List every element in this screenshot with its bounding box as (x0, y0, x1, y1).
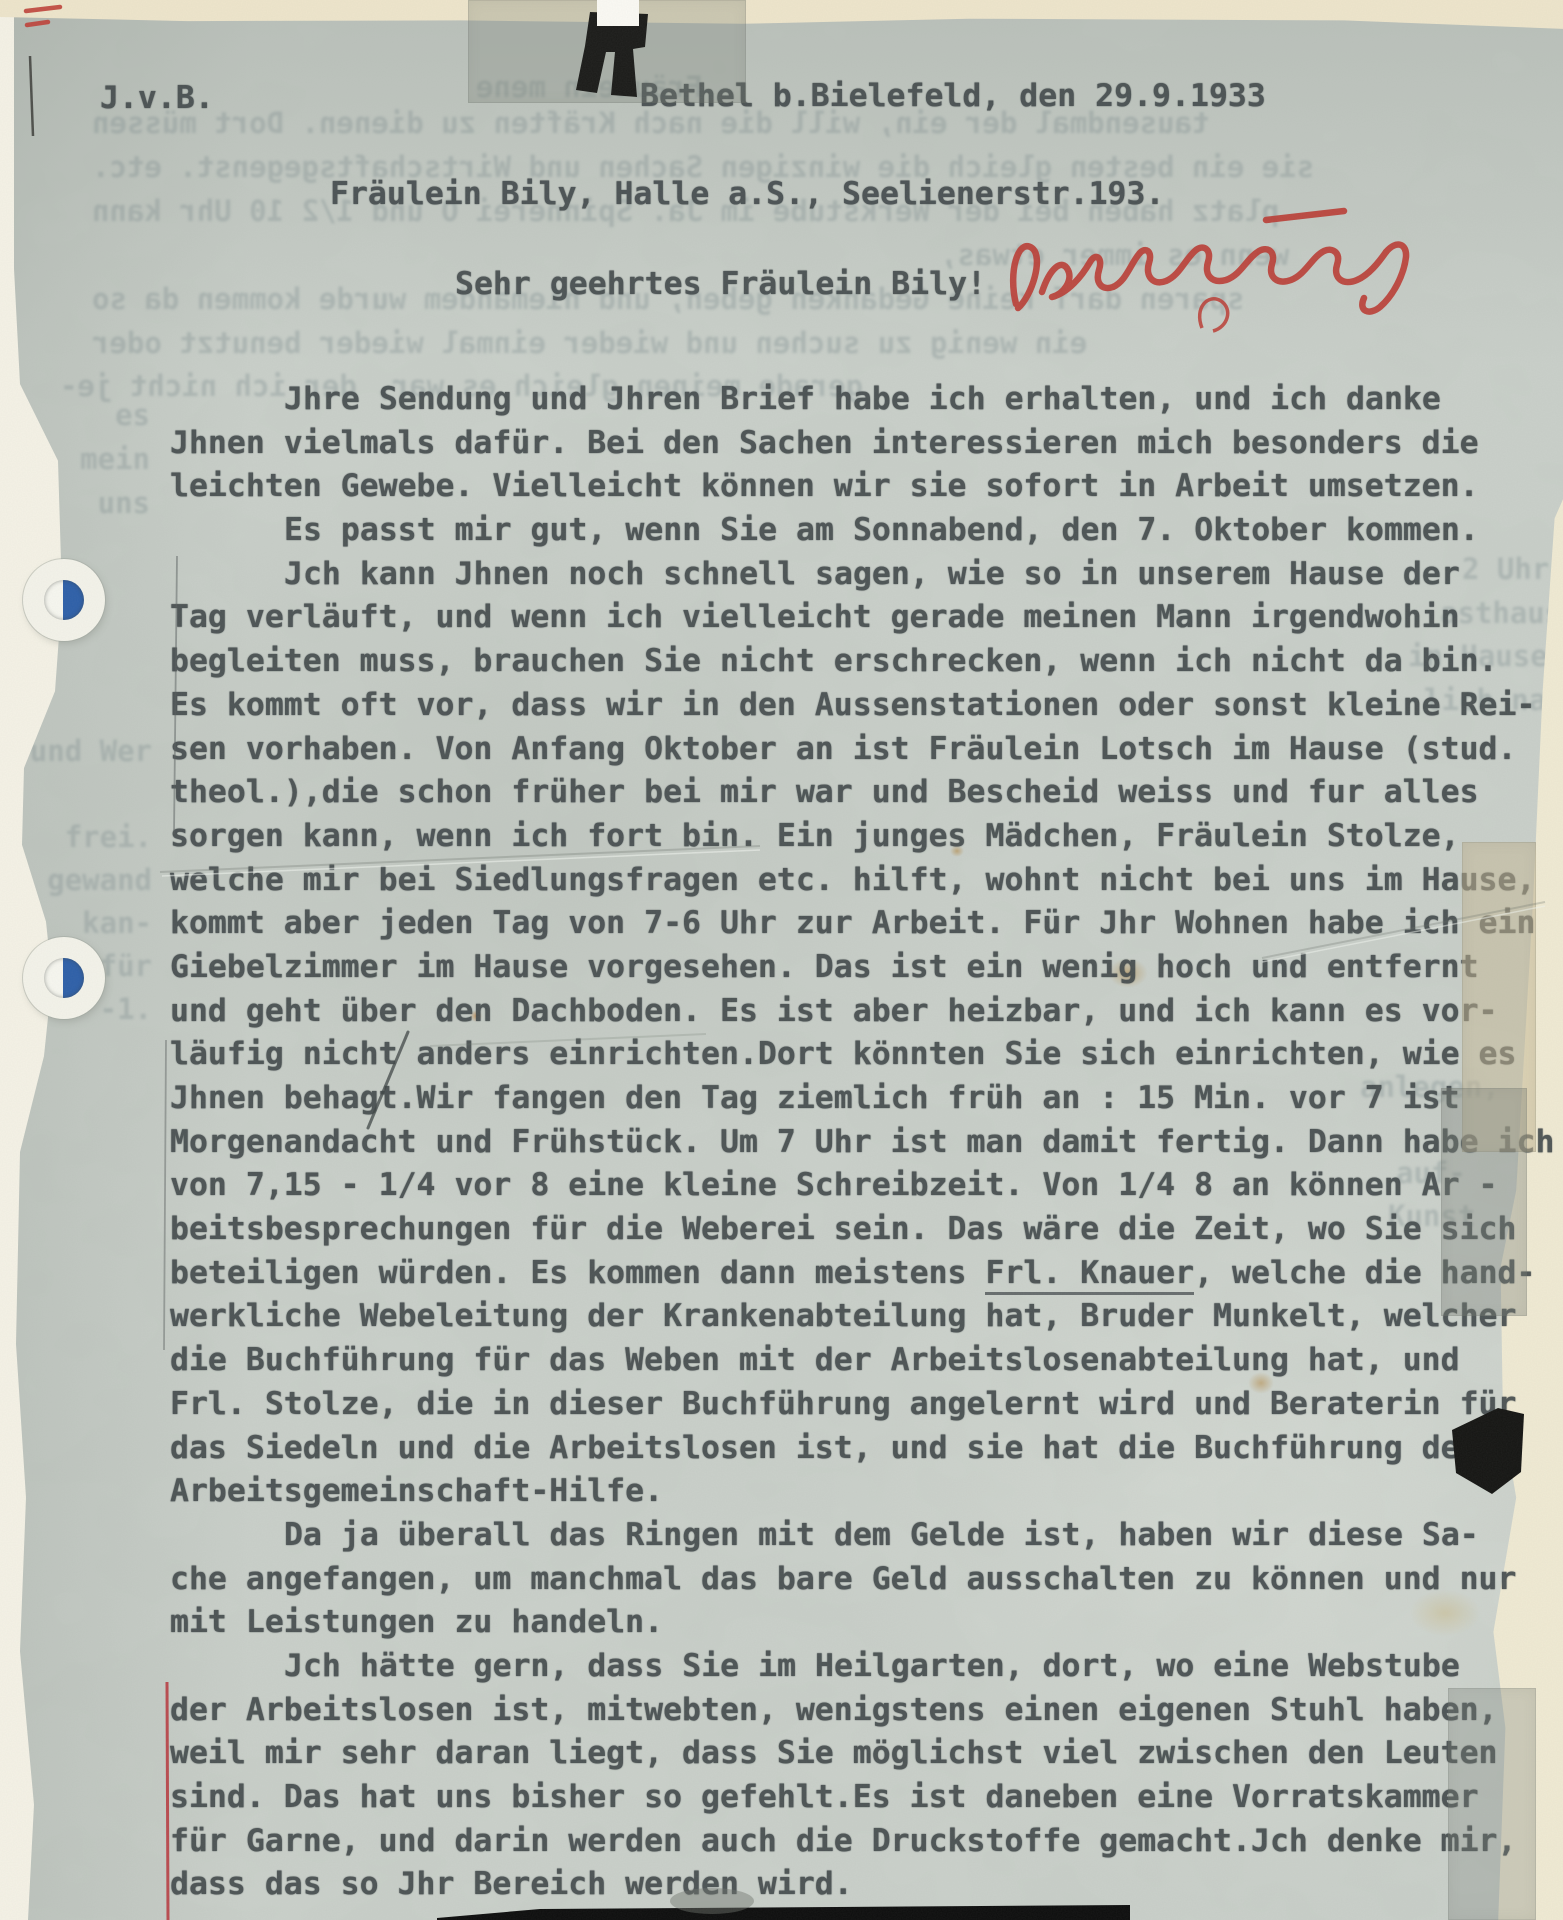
letter-line: dass das so Jhr Bereich werden wird. (170, 1863, 1554, 1907)
letter-scan: Fräulein mene tausendmal der ein, will d… (0, 0, 1563, 1920)
letter-line: und geht über den Dachboden. Es ist aber… (170, 990, 1554, 1034)
red-pen-hook (1200, 299, 1228, 331)
letter-line: der Arbeitslosen ist, mitwebten, wenigst… (170, 1689, 1554, 1733)
bleedthrough-text: uns (0, 486, 150, 520)
letter-line: Giebelzimmer im Hause vorgesehen. Das is… (170, 946, 1554, 990)
letter-line: beteiligen würden. Es kommen dann meiste… (170, 1252, 1554, 1296)
bleedthrough-text: und Wer (0, 734, 152, 768)
letter-line: von 7,15 - 1/4 vor 8 eine kleine Schreib… (170, 1164, 1554, 1208)
letter-line: theol.),die schon früher bei mir war und… (170, 771, 1554, 815)
dateline: Bethel b.Bielefeld, den 29.9.1933 (640, 78, 1266, 114)
letter-line: Tag verläuft, und wenn ich vielleicht ge… (170, 596, 1554, 640)
letter-line: beitsbesprechungen für die Weberei sein.… (170, 1208, 1554, 1252)
red-margin-line (167, 1682, 168, 1920)
bleedthrough-text: kan- (0, 906, 152, 940)
letter-line-segment: beteiligen würden. Es kommen dann meiste… (170, 1255, 985, 1291)
letter-line: begleiten muss, brauchen Sie nicht ersch… (170, 640, 1554, 684)
letter-body: Jhre Sendung und Jhren Brief habe ich er… (170, 378, 1554, 1907)
bleedthrough-text: es (0, 398, 150, 432)
letter-line: sen vorhaben. Von Anfang Oktober an ist … (170, 728, 1554, 772)
letter-line: läufig nicht anders einrichten.Dort könn… (170, 1033, 1554, 1077)
letter-line: Jhnen behagt.Wir fangen den Tag ziemlich… (170, 1077, 1554, 1121)
letter-line: Jhre Sendung und Jhren Brief habe ich er… (170, 378, 1554, 422)
letter-line: werkliche Webeleitung der Krankenabteilu… (170, 1295, 1554, 1339)
bleedthrough-text: wenn es immer etwas, (940, 238, 1289, 272)
letter-line: Jhnen vielmals dafür. Bei den Sachen int… (170, 422, 1554, 466)
letter-line: kommt aber jeden Tag von 7-6 Uhr zur Arb… (170, 902, 1554, 946)
letter-line: Es passt mir gut, wenn Sie am Sonnabend,… (170, 509, 1554, 553)
letter-line: weil mir sehr daran liegt, dass Sie mögl… (170, 1732, 1554, 1776)
letter-line: Es kommt oft vor, dass wir in den Aussen… (170, 684, 1554, 728)
handwritten-annotation (1013, 211, 1406, 312)
letter-line: Frl. Stolze, die in dieser Buchführung a… (170, 1383, 1554, 1427)
letter-line: Morgenandacht und Frühstück. Um 7 Uhr is… (170, 1121, 1554, 1165)
bleedthrough-text: frei. (0, 820, 152, 854)
letter-line: Da ja überall das Ringen mit dem Gelde i… (170, 1514, 1554, 1558)
letter-line: Jch kann Jhnen noch schnell sagen, wie s… (170, 553, 1554, 597)
red-corner-marks (26, 7, 60, 25)
salutation: Sehr geehrtes Fräulein Bily! (455, 266, 986, 302)
bleedthrough-text: ein wenig zu suchen und wieder einmal wi… (92, 326, 1087, 360)
black-redaction-bar (437, 1905, 1130, 1920)
tape-gap-highlight (597, 0, 639, 26)
letter-line: sind. Das hat uns bisher so gefehlt.Es i… (170, 1776, 1554, 1820)
letter-line: leichten Gewebe. Vielleicht können wir s… (170, 465, 1554, 509)
letter-line: Arbeitsgemeinschaft-Hilfe. (170, 1470, 1554, 1514)
letter-line: die Buchführung für das Weben mit der Ar… (170, 1339, 1554, 1383)
letter-line: Jch hätte gern, dass Sie im Heilgarten, … (170, 1645, 1554, 1689)
punch-hole-opening (44, 958, 84, 998)
letter-line: sorgen kann, wenn ich fort bin. Ein jung… (170, 815, 1554, 859)
letter-line: che angefangen, um manchmal das bare Gel… (170, 1558, 1554, 1602)
bleedthrough-text: mein (0, 442, 150, 476)
letter-line: welche mir bei Siedlungsfragen etc. hilf… (170, 859, 1554, 903)
letter-line-segment: , welche die hand- (1194, 1255, 1535, 1291)
letter-line: mit Leistungen zu handeln. (170, 1601, 1554, 1645)
pen-mark-left-edge (30, 56, 33, 136)
black-paper-fragment-top (576, 12, 648, 97)
paper-edge-top (0, 0, 1563, 34)
punch-hole-top (23, 559, 105, 641)
punch-hole-bottom (23, 937, 105, 1019)
letter-line: für Garne, und darin werden auch die Dru… (170, 1820, 1554, 1864)
sender-initials: J.v.B. (100, 80, 214, 116)
letter-line: das Siedeln und die Arbeitslosen ist, un… (170, 1427, 1554, 1471)
pencil-margin-line-2 (164, 1040, 166, 1350)
bleedthrough-text: gewand (0, 863, 152, 897)
address-line: Fräulein Bily, Halle a.S., Seelienerstr.… (330, 176, 1164, 212)
punch-hole-opening (44, 580, 84, 620)
underlined-name: Frl. Knauer (985, 1255, 1194, 1295)
